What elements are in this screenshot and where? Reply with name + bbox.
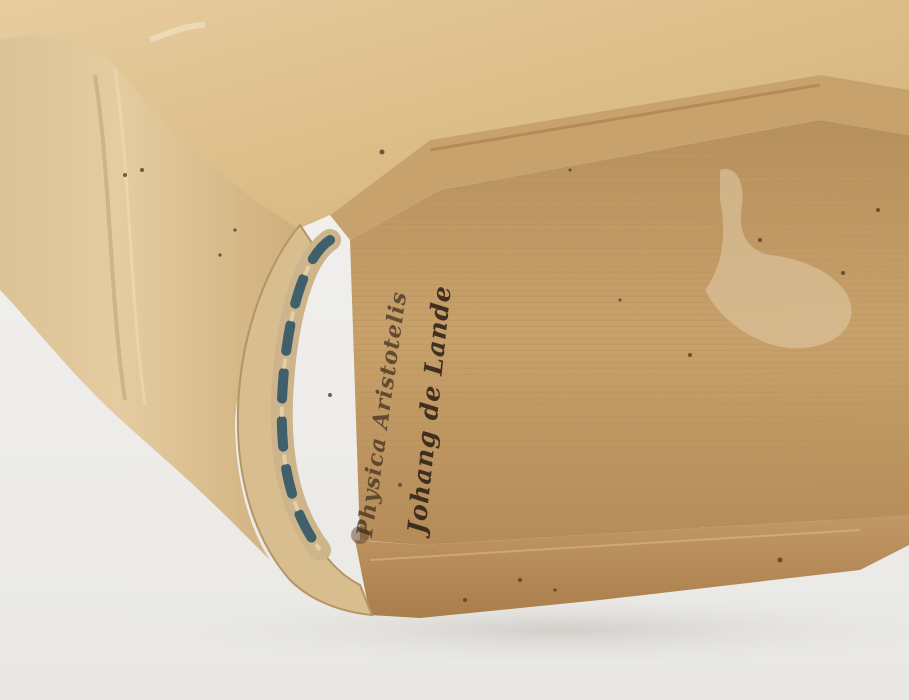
book-illustration: [0, 0, 909, 700]
photo-scene: Physica Aristotelis Johang de Lande Corn…: [0, 0, 909, 700]
